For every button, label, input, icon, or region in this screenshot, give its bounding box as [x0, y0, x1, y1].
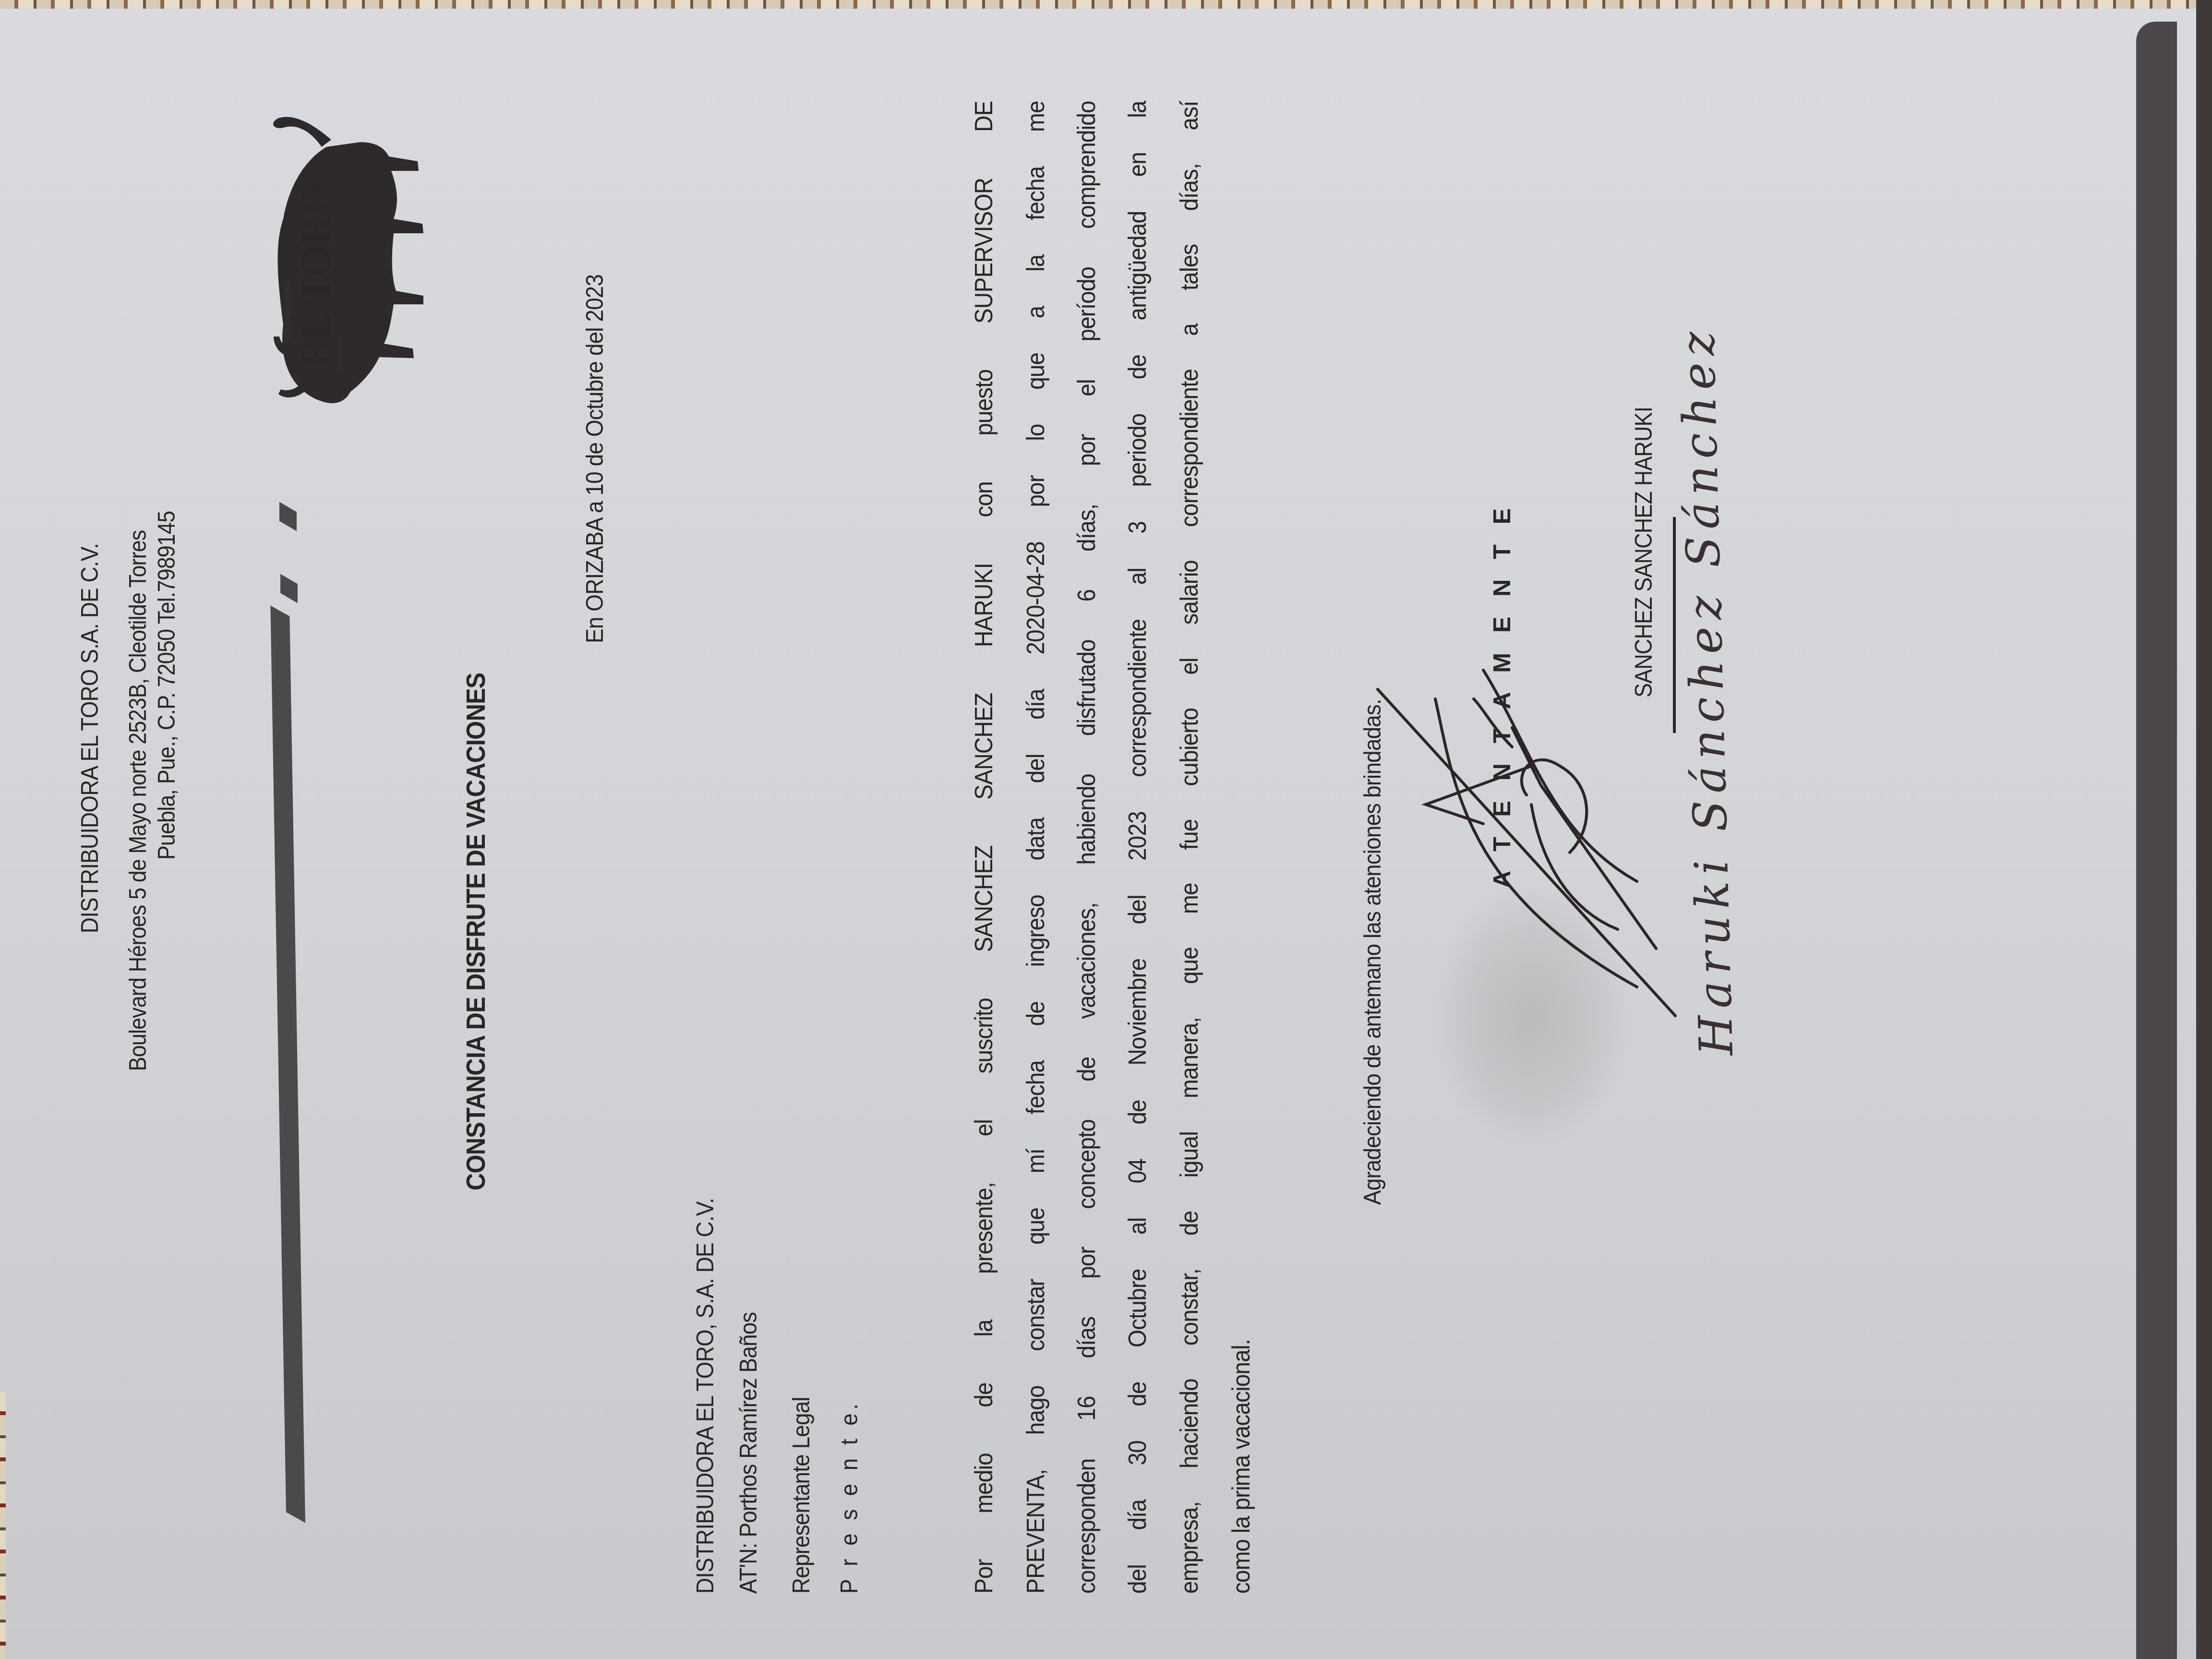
addressee-company: DISTRIBUIDORA EL TORO, S.A. DE C.V.: [691, 1198, 719, 1594]
signature-line: [1673, 517, 1676, 733]
registered-mark: ®: [305, 173, 318, 182]
body-line: del día 30 de Octubre al 04 de Noviembre…: [1123, 101, 1152, 1594]
logo-brand: EL TORO®: [292, 173, 341, 368]
document-title: CONSTANCIA DE DISFRUTE DE VACACIONES: [460, 673, 491, 1190]
body-line: empresa, haciendo constar, de igual mane…: [1175, 101, 1204, 1594]
header-decorative-dash: [279, 502, 297, 531]
addressee-attention: AT'N: Porthos Ramírez Baños: [734, 1312, 762, 1594]
body-line: PREVENTA, hago constar que mí fecha de i…: [1022, 101, 1050, 1594]
body-line: Por medio de la presente, el suscrito SA…: [970, 101, 998, 1594]
logo-tagline: Sabemos servir: [336, 337, 343, 373]
header-decorative-dash: [280, 574, 298, 603]
body-line: corresponden 16 días por concepto de vac…: [1072, 101, 1101, 1594]
body-line: como la prima vacacional.: [1227, 101, 1256, 1594]
addressee-presente: P r e s e n t e.: [835, 1400, 863, 1594]
signer-printed-name: SANCHEZ SANCHEZ HARUKI: [1630, 407, 1658, 697]
date-line: En ORIZABA a 10 de Octubre del 2023: [581, 275, 609, 643]
addressee-role: Representante Legal: [787, 1397, 815, 1594]
letterhead-company: DISTRIBUIDORA EL TORO S.A. DE C.V.: [76, 0, 104, 1502]
footer-decorative-bar: [2136, 22, 2177, 1659]
logo-brand-text: EL TORO: [293, 182, 340, 368]
letterhead-address-line2: Puebla, Pue., C.P. 72050 Tel.7989145: [153, 0, 180, 1432]
letterhead-address-line1: Boulevard Héroes 5 de Mayo norte 2523B, …: [124, 54, 152, 1547]
page-edge-shadow: [2196, 0, 2212, 1659]
header-decorative-bar: [270, 605, 305, 1523]
document-page: DISTRIBUIDORA EL TORO S.A. DE C.V. Boule…: [0, 0, 2212, 1659]
